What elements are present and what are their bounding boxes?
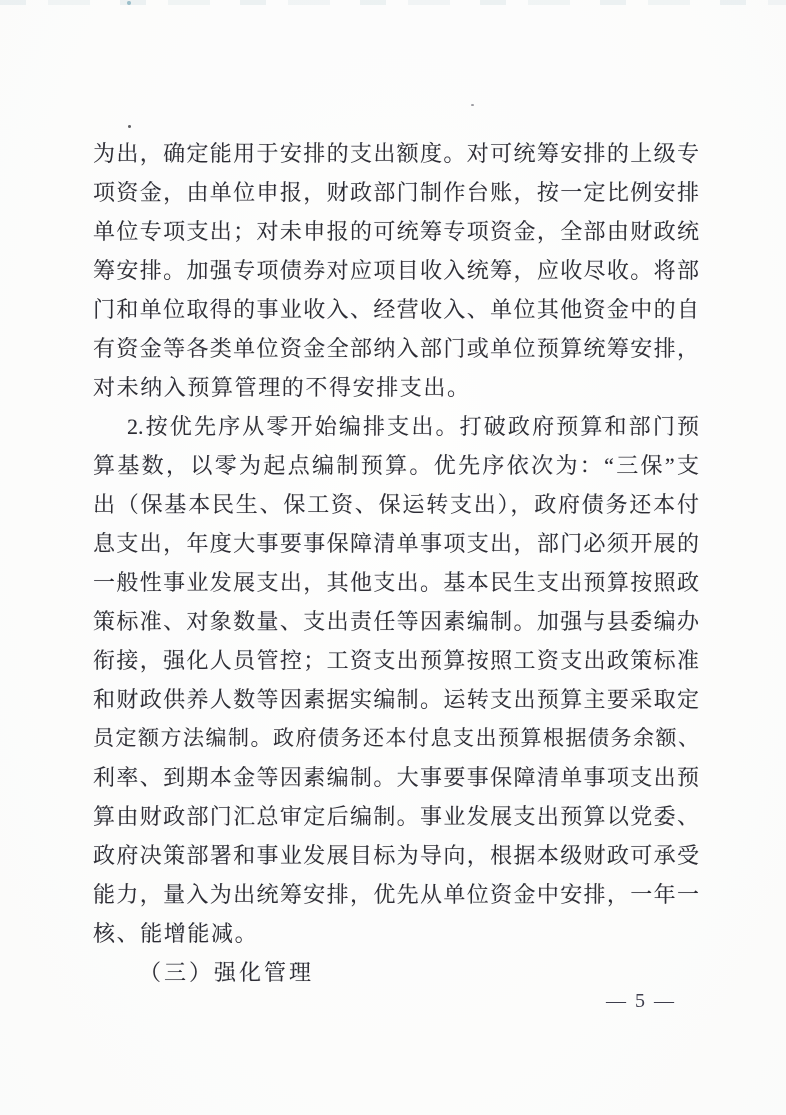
scan-speck — [471, 104, 474, 106]
text-line: 筹安排。加强专项债券对应项目收入统筹，应收尽收。将部 — [93, 251, 699, 290]
text-line: 单位专项支出；对未申报的可统筹专项资金，全部由财政统 — [93, 212, 699, 251]
text-line: 门和单位取得的事业收入、经营收入、单位其他资金中的自 — [93, 290, 699, 329]
text-line: 能力，量入为出统筹安排，优先从单位资金中安排，一年一 — [93, 875, 699, 914]
page-number: — 5 — — [606, 990, 676, 1013]
text-line: 为出，确定能用于安排的支出额度。对可统筹安排的上级专 — [93, 134, 699, 173]
text-line: 息支出，年度大事要事保障清单事项支出，部门必须开展的 — [93, 524, 699, 563]
text-line: 和财政供养人数等因素据实编制。运转支出预算主要采取定 — [93, 680, 699, 719]
scan-speck — [128, 125, 131, 128]
text-line: 对未纳入预算管理的不得安排支出。 — [93, 368, 699, 407]
text-line: 出（保基本民生、保工资、保运转支出），政府债务还本付 — [93, 485, 699, 524]
text-line: 2.按优先序从零开始编排支出。打破政府预算和部门预 — [93, 407, 699, 446]
text-line: 算由财政部门汇总审定后编制。事业发展支出预算以党委、 — [93, 797, 699, 836]
text-line: 政府决策部署和事业发展目标为导向，根据本级财政可承受 — [93, 836, 699, 875]
scan-speck — [127, 1, 131, 5]
scan-artifact-top-edge — [0, 0, 786, 5]
text-line: 项资金，由单位申报，财政部门制作台账，按一定比例安排 — [93, 173, 699, 212]
text-line: 算基数，以零为起点编制预算。优先序依次为：“三保”支 — [93, 446, 699, 485]
document-page: 为出，确定能用于安排的支出额度。对可统筹安排的上级专项资金，由单位申报，财政部门… — [0, 0, 786, 1115]
text-line: 有资金等各类单位资金全部纳入部门或单位预算统筹安排， — [93, 329, 699, 368]
text-line: 衔接，强化人员管控；工资支出预算按照工资支出政策标准 — [93, 641, 699, 680]
text-line: 核、能增能减。 — [93, 914, 699, 953]
document-body-text: 为出，确定能用于安排的支出额度。对可统筹安排的上级专项资金，由单位申报，财政部门… — [93, 134, 699, 992]
text-line: 一般性事业发展支出，其他支出。基本民生支出预算按照政 — [93, 563, 699, 602]
text-line: 利率、到期本金等因素编制。大事要事保障清单事项支出预 — [93, 758, 699, 797]
text-line: （三）强化管理 — [93, 953, 699, 992]
text-line: 员定额方法编制。政府债务还本付息支出预算根据债务余额、 — [93, 719, 699, 758]
text-line: 策标准、对象数量、支出责任等因素编制。加强与县委编办 — [93, 602, 699, 641]
